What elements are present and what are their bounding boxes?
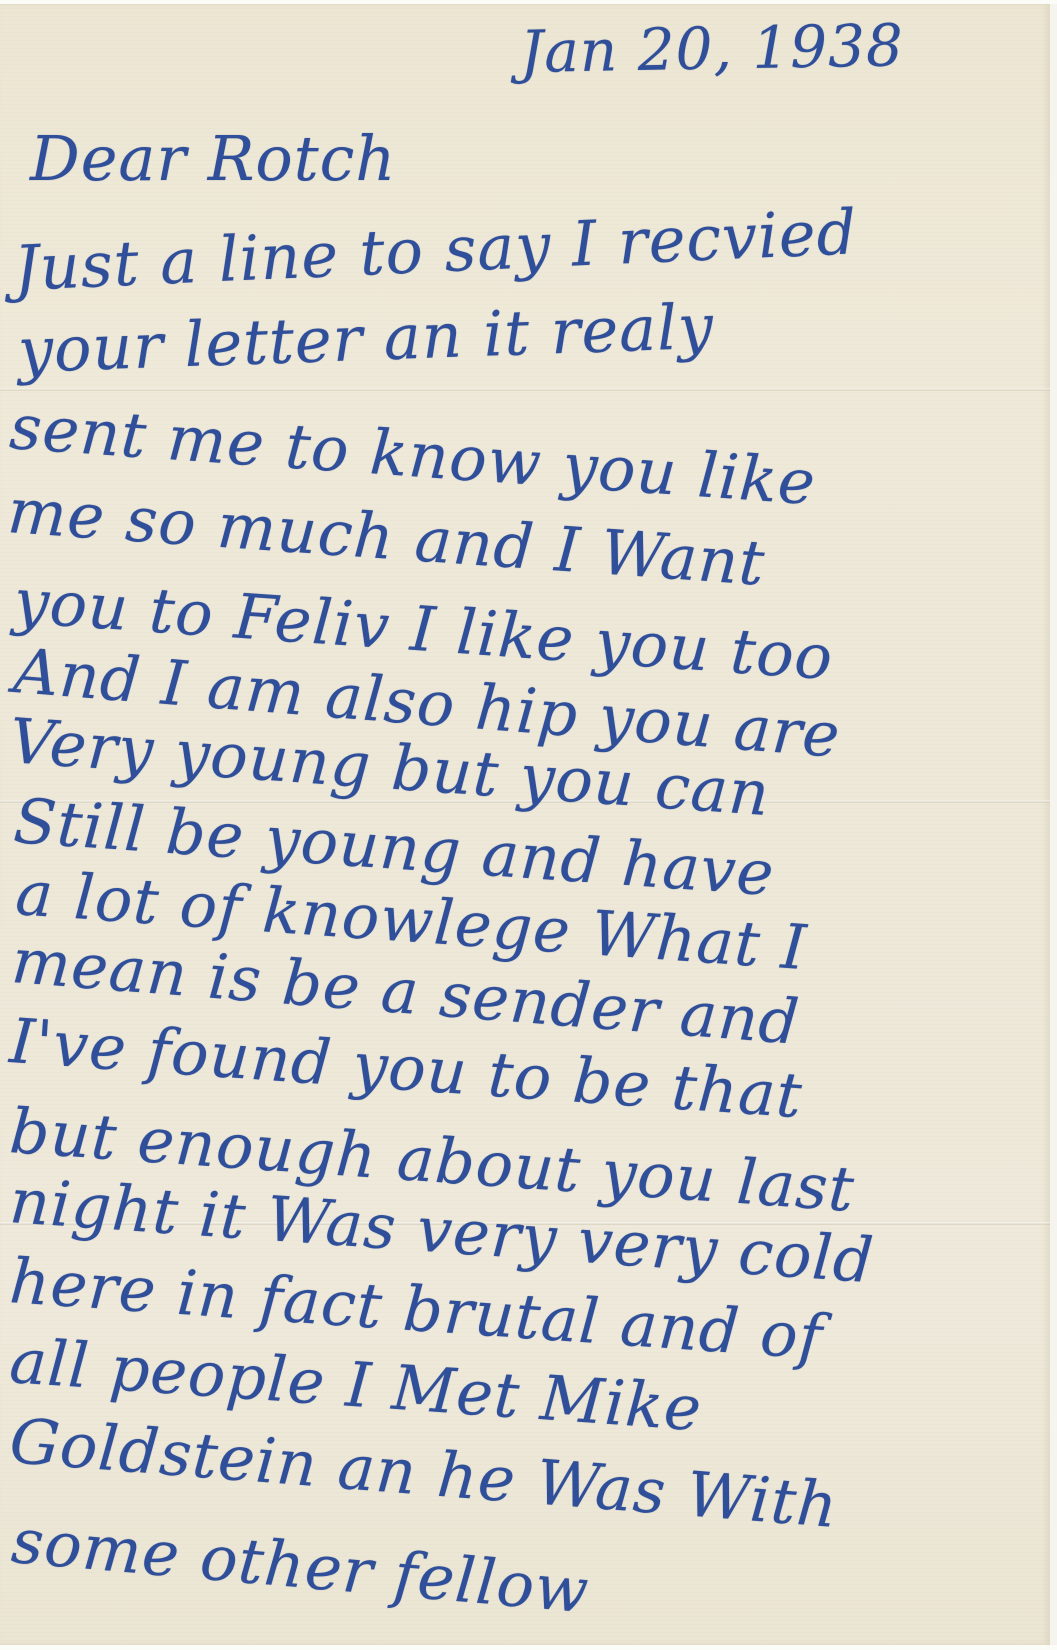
letter-line: some other fellow bbox=[9, 1504, 592, 1627]
letter-line: Just a line to say I recvied bbox=[12, 195, 858, 305]
letter-date: Jan 20, 1938 bbox=[519, 11, 904, 86]
letter-paper: Jan 20, 1938 Dear Rotch Just a line to s… bbox=[0, 4, 1050, 1645]
paper-fold-line bbox=[0, 388, 1050, 391]
letter-line: your letter an it realy bbox=[17, 290, 715, 387]
letter-salutation: Dear Rotch bbox=[30, 122, 396, 195]
scan-edge-bottom bbox=[0, 1645, 1057, 1650]
